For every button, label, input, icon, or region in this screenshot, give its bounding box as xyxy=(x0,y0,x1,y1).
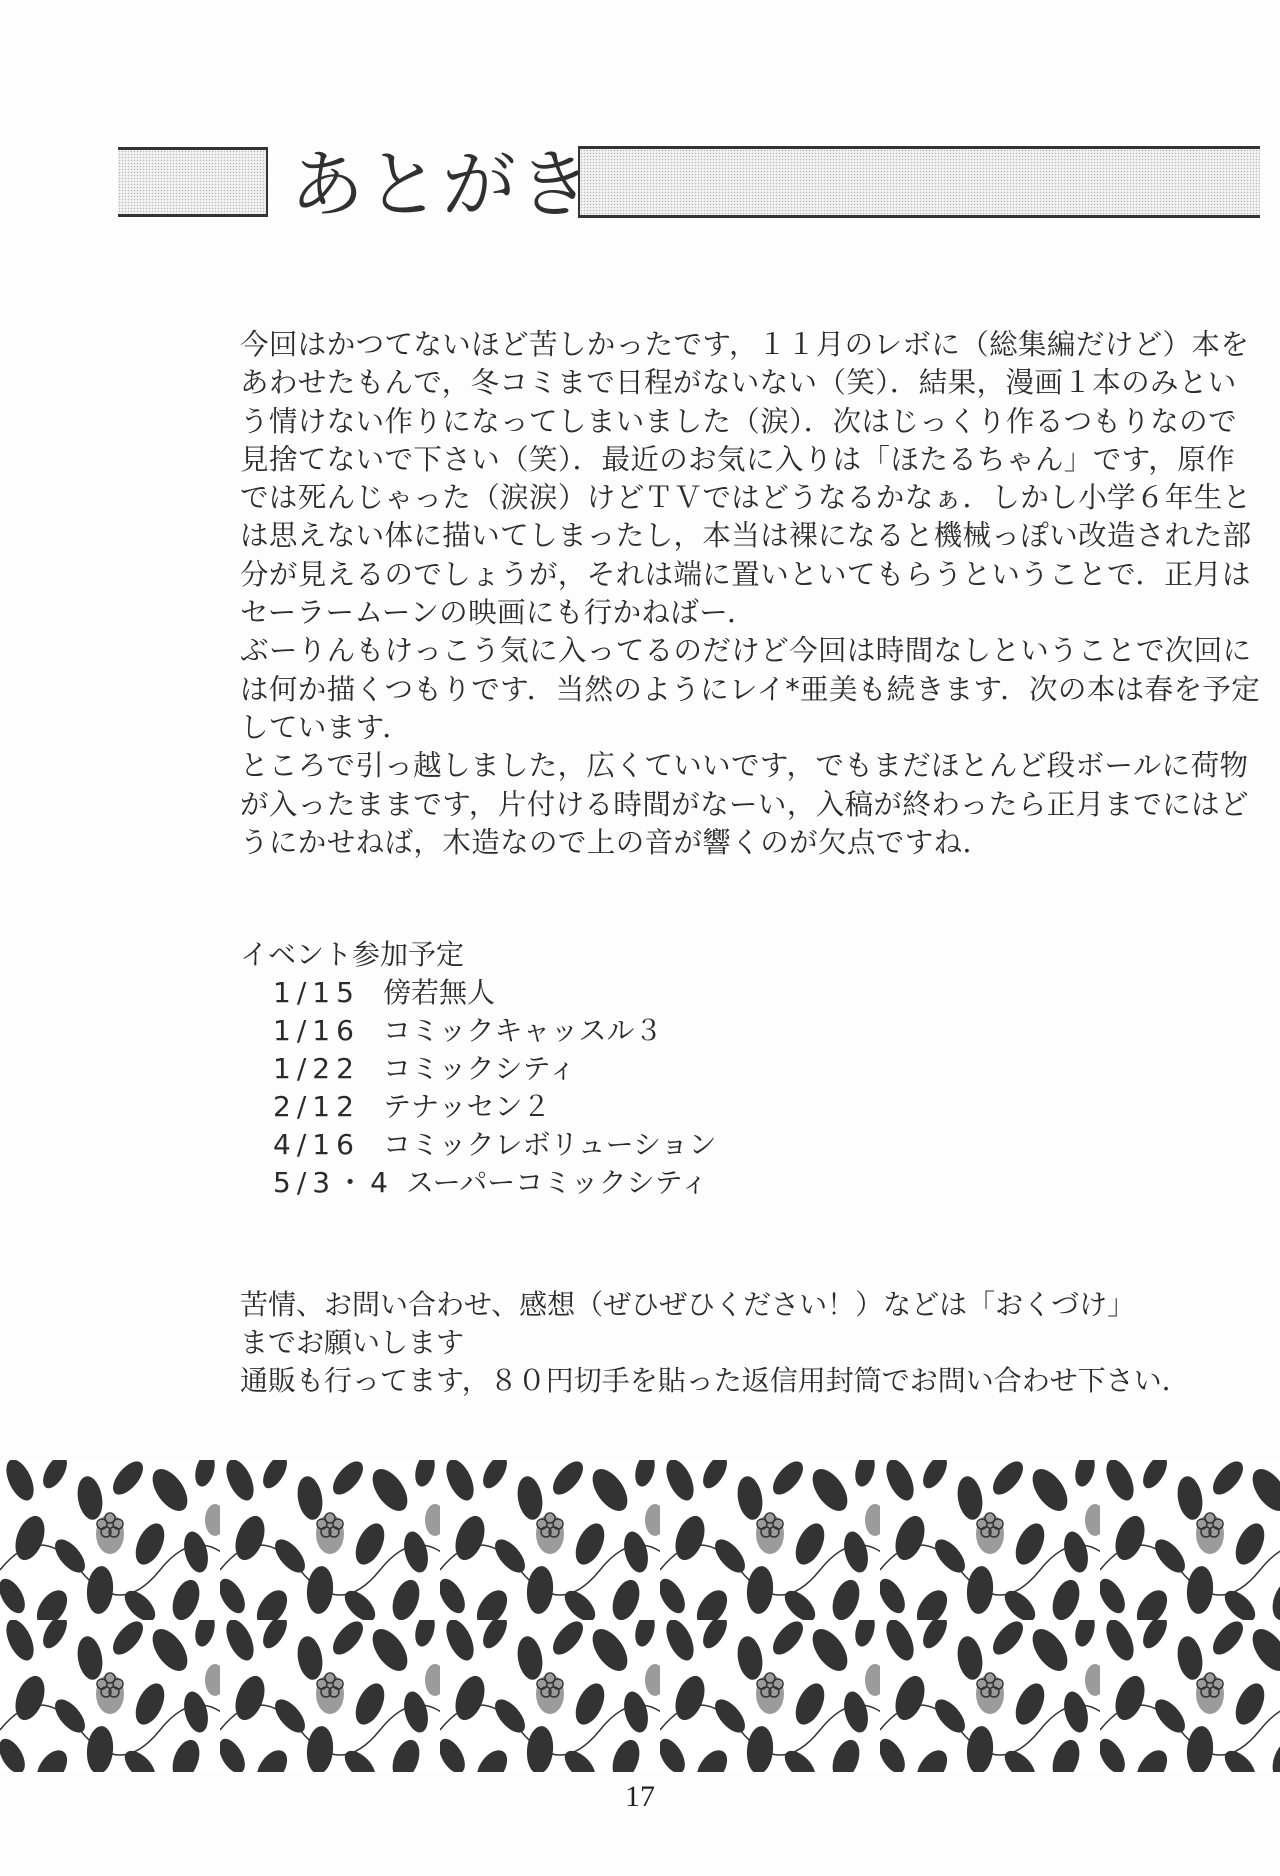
body-line: う情けない作りになってしまいました（涙）．次はじっくり作るつもりなので xyxy=(240,403,1140,441)
contact-line: 通販も行ってます，８０円切手を貼った返信用封筒でお問い合わせ下さい． xyxy=(240,1362,1190,1400)
body-line: 見捨てないで下さい（笑）．最近のお気に入りは「ほたるちゃん」です，原作 xyxy=(240,441,1140,479)
event-name: 傍若無人 xyxy=(383,974,495,1012)
page-title: あとがき xyxy=(290,140,594,230)
header-box-right xyxy=(578,146,1260,218)
body-line: セーラームーンの映画にも行かねばー． xyxy=(240,594,1140,632)
event-date: 5/3・4 xyxy=(273,1164,406,1202)
body-line: 分が見えるのでしょうが，それは端に置いといてもらうということで．正月は xyxy=(240,556,1140,594)
contact-info: 苦情、お問い合わせ、感想（ぜひぜひください！）などは「おくづけ」 までお願いしま… xyxy=(240,1286,1190,1400)
body-line: は何か描くつもりです．当然のようにレイ*亜美も続きます．次の本は春を予定 xyxy=(240,671,1140,709)
body-line: あわせたもんで，冬コミまで日程がないない（笑）．結果，漫画１本のみとい xyxy=(240,364,1140,402)
event-item: 4/16 コミックレボリューション xyxy=(240,1126,716,1164)
event-schedule: イベント参加予定 1/15 傍若無人 1/16 コミックキャッスル３ 1/22 … xyxy=(240,936,716,1202)
body-line: ところで引っ越しました，広くていいです，でもまだほとんど段ボールに荷物 xyxy=(240,747,1140,785)
event-schedule-heading: イベント参加予定 xyxy=(240,936,716,974)
event-date: 4/16 xyxy=(273,1126,383,1164)
event-name: スーパーコミックシティ xyxy=(406,1164,708,1202)
event-item: 1/16 コミックキャッスル３ xyxy=(240,1012,716,1050)
event-item: 1/22 コミックシティ xyxy=(240,1050,716,1088)
event-date: 1/22 xyxy=(273,1050,383,1088)
event-item: 5/3・4 スーパーコミックシティ xyxy=(240,1164,716,1202)
afterword-body: 今回はかつてないほど苦しかったです，１１月のレボに（総集編だけど）本を あわせた… xyxy=(240,326,1140,862)
body-line: は思えない体に描いてしまったし，本当は裸になると機械っぽい改造された部 xyxy=(240,517,1140,555)
body-line: うにかせねば，木造なので上の音が響くのが欠点ですね． xyxy=(240,824,1140,862)
event-date: 2/12 xyxy=(273,1088,383,1126)
event-name: コミックキャッスル３ xyxy=(383,1012,662,1050)
body-line: しています． xyxy=(240,709,1140,747)
event-name: コミックレボリューション xyxy=(383,1126,716,1164)
contact-line: 苦情、お問い合わせ、感想（ぜひぜひください！）などは「おくづけ」 xyxy=(240,1286,1190,1324)
event-item: 2/12 テナッセン２ xyxy=(240,1088,716,1126)
event-date: 1/16 xyxy=(273,1012,383,1050)
floral-pattern-band xyxy=(0,1460,1280,1772)
body-line: が入ったままです，片付ける時間がなーい，入稿が終わったら正月までにはど xyxy=(240,786,1140,824)
header-box-left xyxy=(118,147,268,217)
page-number: 17 xyxy=(0,1780,1280,1814)
event-date: 1/15 xyxy=(273,974,383,1012)
body-line: ぶーりんもけっこう気に入ってるのだけど今回は時間なしということで次回に xyxy=(240,632,1140,670)
event-name: テナッセン２ xyxy=(383,1088,550,1126)
body-line: では死んじゃった（涙涙）けどＴＶではどうなるかなぁ．しかし小学６年生と xyxy=(240,479,1140,517)
contact-line: までお願いします xyxy=(240,1324,1190,1362)
event-name: コミックシティ xyxy=(383,1050,576,1088)
event-item: 1/15 傍若無人 xyxy=(240,974,716,1012)
floral-pattern-icon xyxy=(0,1460,1280,1772)
body-line: 今回はかつてないほど苦しかったです，１１月のレボに（総集編だけど）本を xyxy=(240,326,1140,364)
